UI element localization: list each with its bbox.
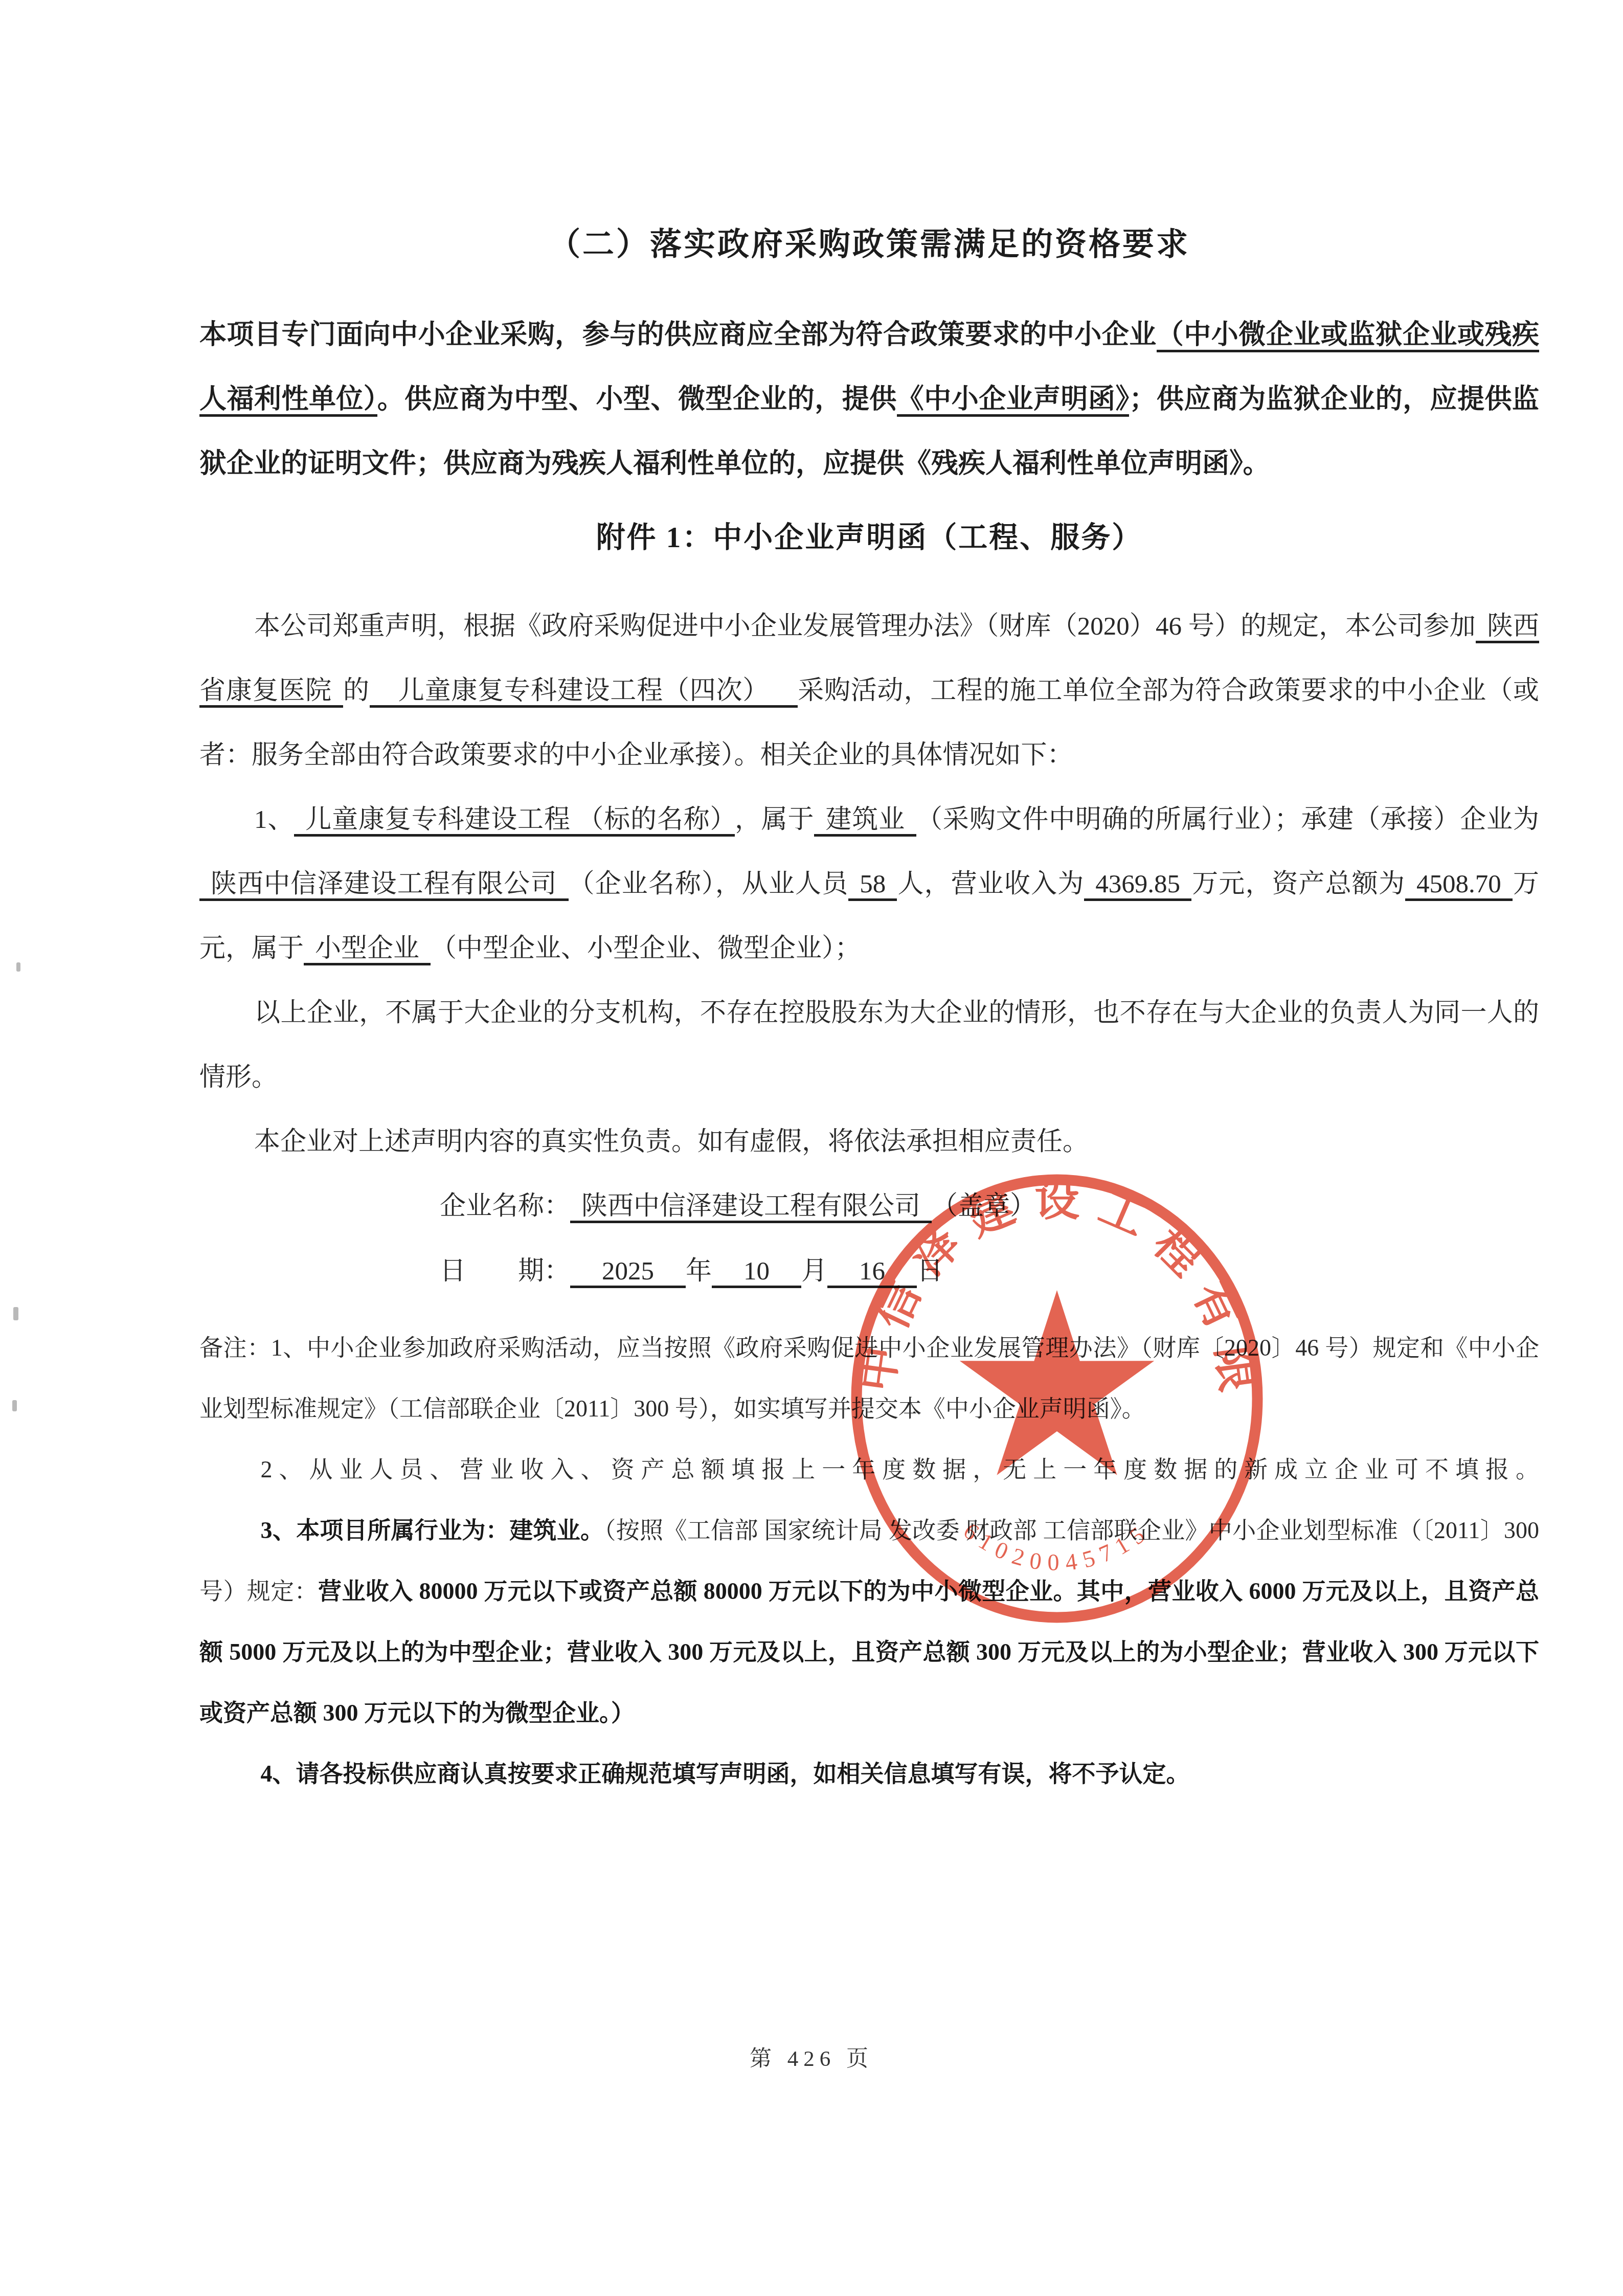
note-1: 备注：1、中小企业参加政府采购活动，应当按照《政府采购促进中小企业发展管理办法》… [199, 1317, 1539, 1439]
signature-date-line: 日 期：2025年10月16日 [440, 1239, 1539, 1304]
item-number: 1、 [254, 805, 294, 834]
item-text-3: （企业名称），从业人员 [569, 870, 849, 898]
no-affiliation-paragraph: 以上企业，不属于大企业的分支机构，不存在控股股东为大企业的情形，也不存在与大企业… [199, 981, 1539, 1110]
field-target-name: 儿童康复专科建设工程 （标的名称） [294, 805, 735, 837]
enterprise-item-paragraph: 1、儿童康复专科建设工程 （标的名称），属于建筑业（采购文件中明确的所属行业）；… [199, 787, 1539, 981]
item-text-2: （采购文件中明确的所属行业）；承建（承接）企业为 [916, 805, 1539, 834]
date-label: 日 期： [440, 1257, 570, 1286]
note-2: 2、从业人员、营业收入、资产总额填报上一年度数据，无上一年度数据的新成立企业可不… [199, 1439, 1539, 1500]
signature-name-line: 企业名称：陕西中信泽建设工程有限公司（盖章） [440, 1174, 1539, 1239]
date-day-value: 16 [827, 1257, 917, 1288]
remarks-section: 备注：1、中小企业参加政府采购活动，应当按照《政府采购促进中小企业发展管理办法》… [199, 1317, 1539, 1804]
declaration-paragraph: 本公司郑重声明，根据《政府采购促进中小企业发展管理办法》（财库（2020）46 … [199, 594, 1539, 787]
date-year-unit: 年 [686, 1257, 712, 1286]
signature-company-value: 陕西中信泽建设工程有限公司 [570, 1192, 932, 1223]
note-3: 3、本项目所属行业为：建筑业。（按照《工信部 国家统计局 发改委 财政部 工信部… [199, 1500, 1539, 1743]
date-month-unit: 月 [801, 1257, 827, 1286]
note-3-bold-industry: 3、本项目所属行业为：建筑业。 [261, 1517, 604, 1543]
document-page: （二）落实政府采购政策需满足的资格要求 本项目专门面向中小企业采购，参与的供应商… [0, 0, 1623, 2296]
date-day-unit: 日 [917, 1257, 943, 1286]
item-text-7: （中型企业、小型企业、微型企业）； [431, 934, 861, 963]
intro-text-1: 本项目专门面向中小企业采购，参与的供应商应全部为符合政策要求的中小企业 [199, 320, 1157, 350]
seal-instruction: （盖章） [932, 1192, 1036, 1221]
declaration-text-1: 本公司郑重声明，根据《政府采购促进中小企业发展管理办法》（财库（2020）46 … [254, 612, 1476, 641]
field-project-name: 儿童康复专科建设工程（四次） [370, 677, 798, 708]
document-content: （二）落实政府采购政策需满足的资格要求 本项目专门面向中小企业采购，参与的供应商… [199, 0, 1539, 1804]
section-title: （二）落实政府采购政策需满足的资格要求 [199, 224, 1539, 266]
item-text-1: ，属于 [735, 805, 815, 834]
scan-speck [16, 962, 20, 972]
field-revenue: 4369.85 [1084, 870, 1191, 901]
date-year-value: 2025 [570, 1257, 686, 1288]
declaration-text-2: 的 [343, 677, 370, 705]
field-industry: 建筑业 [814, 805, 916, 837]
item-text-5: 万元，资产总额为 [1191, 870, 1405, 898]
scan-speck [12, 1400, 17, 1411]
note-3-bold-criteria: 营业收入 80000 万元以下或资产总额 80000 万元以下的为中小微型企业。… [199, 1578, 1539, 1726]
field-enterprise-type: 小型企业 [304, 934, 431, 965]
intro-text-2: 。供应商为中型、小型、微型企业的，提供 [377, 385, 897, 414]
attachment-heading: 附件 1：中小企业声明函（工程、服务） [199, 513, 1539, 562]
page-number: 第 426 页 [0, 2041, 1623, 2073]
item-text-4: 人，营业收入为 [897, 870, 1084, 898]
field-staff-count: 58 [848, 870, 897, 901]
signature-name-label: 企业名称： [440, 1192, 570, 1221]
note-4: 4、请各投标供应商认真按要求正确规范填写声明函，如相关信息填写有误，将不予认定。 [199, 1743, 1539, 1804]
field-contractor-company: 陕西中信泽建设工程有限公司 [199, 870, 569, 901]
responsibility-paragraph: 本企业对上述声明内容的真实性负责。如有虚假，将依法承担相应责任。 [199, 1110, 1539, 1174]
date-month-value: 10 [712, 1257, 801, 1288]
field-total-assets: 4508.70 [1405, 870, 1513, 901]
intro-paragraph: 本项目专门面向中小企业采购，参与的供应商应全部为符合政策要求的中小企业（中小微企… [199, 303, 1539, 496]
scan-speck [13, 1307, 18, 1320]
intro-underlined-declaration-doc: 《中小企业声明函》 [897, 385, 1130, 417]
